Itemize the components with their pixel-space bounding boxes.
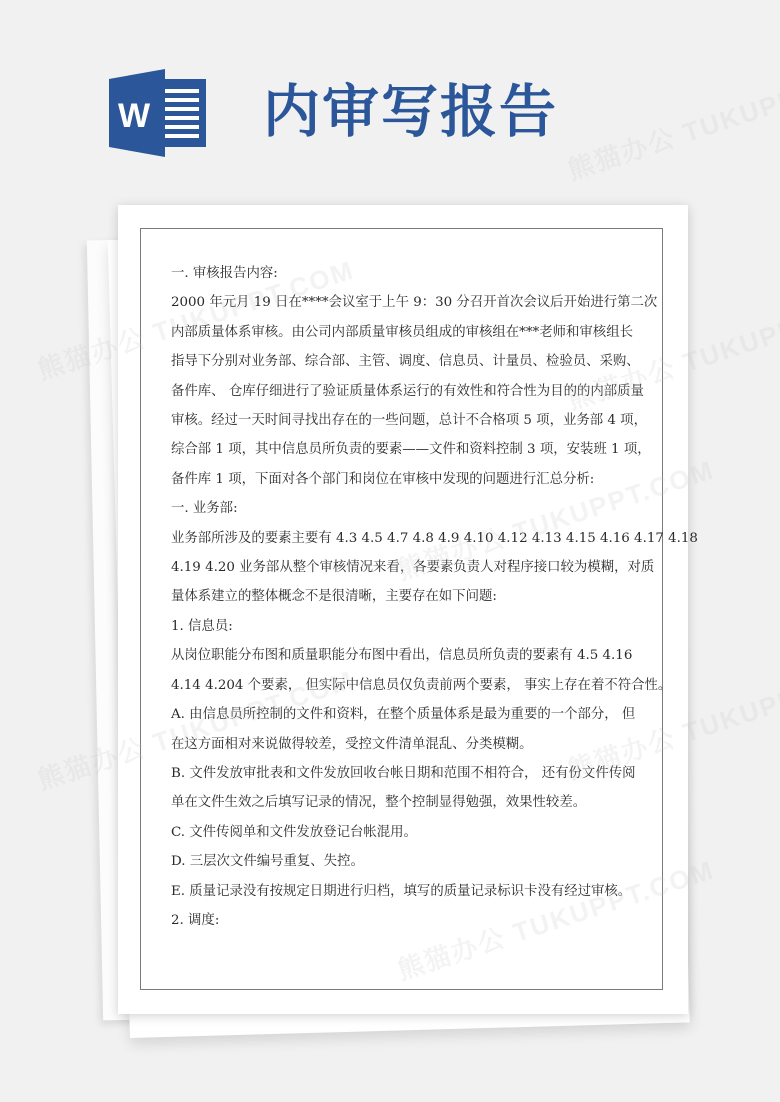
document-body: 一. 审核报告内容: 2000 年元月 19 日在****会议室于上午 9：30… bbox=[171, 259, 641, 935]
svg-text:W: W bbox=[118, 97, 151, 135]
section-heading: 一. 审核报告内容: bbox=[171, 259, 641, 288]
paragraph-line: 4.19 4.20 业务部从整个审核情况来看，各要素负责人对程序接口较为模糊，对… bbox=[171, 553, 641, 582]
page-title: 内审写报告 bbox=[263, 72, 558, 152]
page-border: 一. 审核报告内容: 2000 年元月 19 日在****会议室于上午 9：30… bbox=[140, 228, 663, 990]
paragraph-line: 备件库 1 项，下面对各个部门和岗位在审核中发现的问题进行汇总分析: bbox=[171, 465, 641, 494]
list-item: B. 文件发放审批表和文件发放回收台帐日期和范围不相符合， 还有份文件传阅 bbox=[171, 759, 641, 788]
paragraph-line: 从岗位职能分布图和质量职能分布图中看出，信息员所负责的要素有 4.5 4.16 bbox=[171, 641, 641, 670]
list-item: A. 由信息员所控制的文件和资料，在整个质量体系是最为重要的一个部分， 但 bbox=[171, 700, 641, 729]
subsection-heading: 1. 信息员: bbox=[171, 612, 641, 641]
list-item: C. 文件传阅单和文件发放登记台帐混用。 bbox=[171, 818, 641, 847]
paragraph-line: 单在文件生效之后填写记录的情况，整个控制显得勉强，效果性较差。 bbox=[171, 788, 641, 817]
paragraph-line: 在这方面相对来说做得较差，受控文件清单混乱、分类模糊。 bbox=[171, 730, 641, 759]
paragraph-line: 量体系建立的整体概念不是很清晰，主要存在如下问题: bbox=[171, 582, 641, 611]
subsection-heading: 2. 调度: bbox=[171, 906, 641, 935]
document-page: 一. 审核报告内容: 2000 年元月 19 日在****会议室于上午 9：30… bbox=[118, 205, 688, 1014]
section-heading: 一. 业务部: bbox=[171, 494, 641, 523]
list-item: E. 质量记录没有按规定日期进行归档，填写的质量记录标识卡没有经过审核。 bbox=[171, 877, 641, 906]
list-item: D. 三层次文件编号重复、失控。 bbox=[171, 847, 641, 876]
paragraph-line: 业务部所涉及的要素主要有 4.3 4.5 4.7 4.8 4.9 4.10 4.… bbox=[171, 524, 641, 553]
page-header: W 内审写报告 bbox=[0, 0, 780, 190]
paragraph-line: 备件库、 仓库仔细进行了验证质量体系运行的有效性和符合性为目的的内部质量 bbox=[171, 377, 641, 406]
paragraph-line: 审核。经过一天时间寻找出存在的一些问题，总计不合格项 5 项，业务部 4 项， bbox=[171, 406, 641, 435]
paragraph-line: 指导下分别对业务部、综合部、主管、调度、信息员、计量员、检验员、采购、 bbox=[171, 347, 641, 376]
paragraph-line: 2000 年元月 19 日在****会议室于上午 9：30 分召开首次会议后开始… bbox=[171, 288, 641, 317]
paragraph-line: 内部质量体系审核。由公司内部质量审核员组成的审核组在***老师和审核组长 bbox=[171, 318, 641, 347]
paragraph-line: 综合部 1 项，其中信息员所负责的要素——文件和资料控制 3 项，安装班 1 项… bbox=[171, 435, 641, 464]
paragraph-line: 4.14 4.204 个要素， 但实际中信息员仅负责前两个要素， 事实上存在着不… bbox=[171, 671, 641, 700]
word-icon: W bbox=[109, 69, 208, 157]
